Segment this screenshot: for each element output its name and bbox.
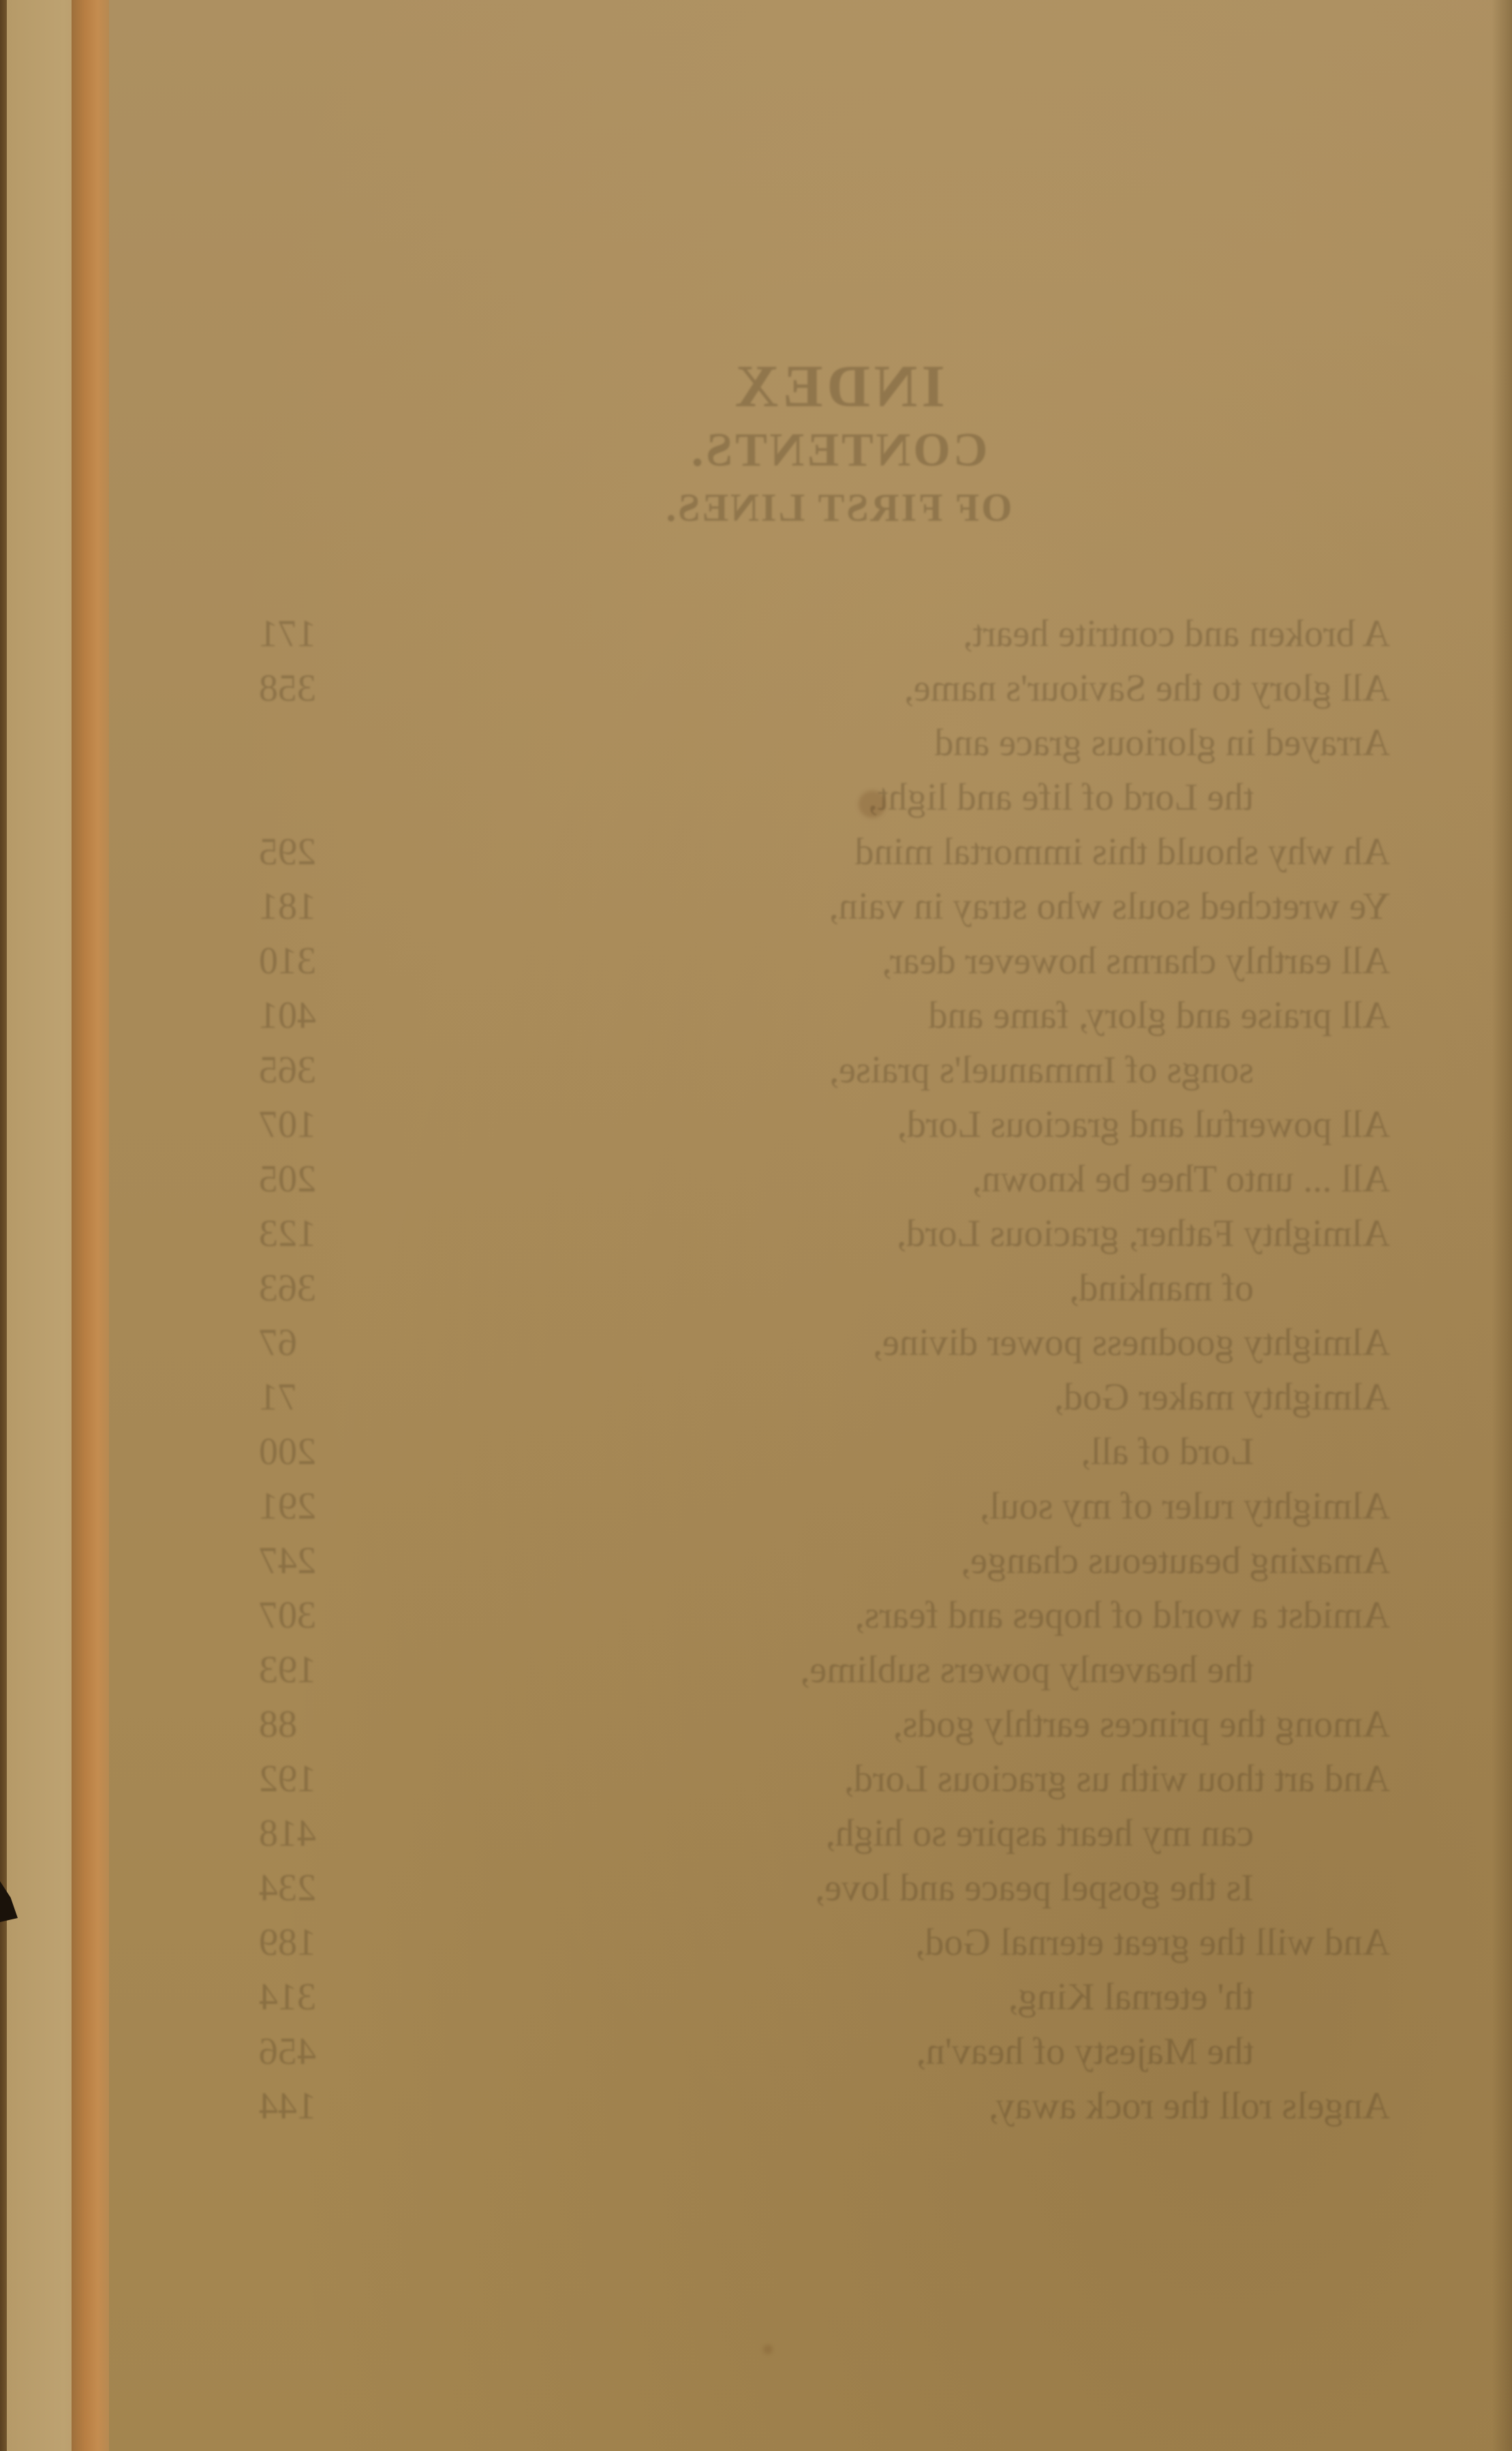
- index-entry: All powerful and gracious Lord,107: [259, 1103, 1417, 1157]
- entry-hymn-number: 144: [259, 2084, 348, 2128]
- show-through-subtitle: CONTENTS.: [259, 423, 1417, 478]
- entry-hymn-number: 358: [259, 667, 348, 710]
- entry-first-line: Amidst a world of hopes and fears,: [348, 1594, 1417, 1637]
- index-entry: the Lord of life and light,: [259, 776, 1417, 830]
- entry-first-line: All glory to the Saviour's name,: [348, 667, 1417, 710]
- entry-hymn-number: 234: [259, 1866, 348, 1910]
- entry-hymn-number: 418: [259, 1812, 348, 1855]
- entry-first-line: the heavenly powers sublime,: [348, 1648, 1417, 1692]
- index-entry: can my heart aspire so high,418: [259, 1812, 1417, 1866]
- entry-hymn-number: 307: [259, 1594, 348, 1637]
- index-entry: Amazing beauteous change,247: [259, 1539, 1417, 1594]
- index-entry: Is the gospel peace and love,234: [259, 1866, 1417, 1921]
- index-entry: the Majesty of heav'n,456: [259, 2030, 1417, 2084]
- show-through-text: INDEX CONTENTS. OF FIRST LINES. A broken…: [259, 354, 1417, 2139]
- entry-hymn-number: 181: [259, 885, 348, 928]
- entry-first-line: Amazing beauteous change,: [348, 1539, 1417, 1583]
- entry-hymn-number: 200: [259, 1430, 348, 1474]
- index-entry: Lord of all,200: [259, 1430, 1417, 1485]
- entry-first-line: All earthly charms however dear,: [348, 939, 1417, 983]
- index-entry: All earthly charms however dear,310: [259, 939, 1417, 994]
- index-entry: th' eternal King,314: [259, 1975, 1417, 2030]
- entry-hymn-number: 365: [259, 1048, 348, 1092]
- entry-hymn-number: 314: [259, 1975, 348, 2019]
- page-scan: INDEX CONTENTS. OF FIRST LINES. A broken…: [0, 0, 1512, 2451]
- entry-hymn-number: 88: [259, 1703, 348, 1746]
- entry-first-line: Is the gospel peace and love,: [348, 1866, 1417, 1910]
- entry-first-line: Among the princes earthly gods,: [348, 1703, 1417, 1746]
- entry-first-line: Almighty goodness power divine,: [348, 1321, 1417, 1365]
- entry-hymn-number: 171: [259, 612, 348, 656]
- entry-hymn-number: 123: [259, 1212, 348, 1255]
- entry-hymn-number: 363: [259, 1266, 348, 1310]
- entry-first-line: Angels roll the rock away,: [348, 2084, 1417, 2128]
- entry-first-line: Arrayed in glorious grace and: [348, 721, 1417, 765]
- index-entry: Among the princes earthly gods,88: [259, 1703, 1417, 1757]
- entry-first-line: Almighty Father, gracious Lord,: [348, 1212, 1417, 1255]
- foxing-spot: [763, 2345, 773, 2354]
- index-entry: All praise and glory, fame and401: [259, 994, 1417, 1048]
- index-entry: Arrayed in glorious grace and: [259, 721, 1417, 776]
- entry-first-line: Almighty maker God,: [348, 1375, 1417, 1419]
- show-through-title: INDEX: [259, 354, 1417, 421]
- entry-hymn-number: 247: [259, 1539, 348, 1583]
- index-entry: Angels roll the rock away,144: [259, 2084, 1417, 2139]
- book-page: INDEX CONTENTS. OF FIRST LINES. A broken…: [109, 0, 1512, 2451]
- entry-first-line: the Lord of life and light,: [348, 776, 1417, 819]
- entry-first-line: the Majesty of heav'n,: [348, 2030, 1417, 2073]
- index-entry: A broken and contrite heart,171: [259, 612, 1417, 667]
- entry-hymn-number: 401: [259, 994, 348, 1037]
- index-entry: Almighty Father, gracious Lord,123: [259, 1212, 1417, 1266]
- entry-first-line: All praise and glory, fame and: [348, 994, 1417, 1037]
- entry-first-line: of mankind,: [348, 1266, 1417, 1310]
- index-entry: Almighty goodness power divine,67: [259, 1321, 1417, 1375]
- entry-first-line: A broken and contrite heart,: [348, 612, 1417, 656]
- entry-hymn-number: 193: [259, 1648, 348, 1692]
- entry-first-line: Almighty ruler of my soul,: [348, 1485, 1417, 1528]
- entry-first-line: th' eternal King,: [348, 1975, 1417, 2019]
- page-right-edge: [1492, 0, 1512, 2451]
- index-entry: Ah why should this immortal mind295: [259, 830, 1417, 885]
- index-entry: Ye wretched souls who stray in vain,181: [259, 885, 1417, 939]
- show-through-subtitle2: OF FIRST LINES.: [259, 485, 1417, 530]
- show-through-index-list: A broken and contrite heart,171All glory…: [259, 612, 1417, 2139]
- index-entry: Almighty maker God,71: [259, 1375, 1417, 1430]
- index-entry: All glory to the Saviour's name,358: [259, 667, 1417, 721]
- index-entry: And art thou with us gracious Lord,192: [259, 1757, 1417, 1812]
- entry-first-line: can my heart aspire so high,: [348, 1812, 1417, 1855]
- entry-first-line: Ah why should this immortal mind: [348, 830, 1417, 874]
- index-entry: And will the great eternal God,189: [259, 1921, 1417, 1975]
- entry-hymn-number: 71: [259, 1375, 348, 1419]
- entry-hymn-number: 189: [259, 1921, 348, 1964]
- entry-hymn-number: 295: [259, 830, 348, 874]
- index-entry: All ... unto Thee be known,205: [259, 1157, 1417, 1212]
- entry-first-line: And art thou with us gracious Lord,: [348, 1757, 1417, 1801]
- index-entry: of mankind,363: [259, 1266, 1417, 1321]
- entry-hymn-number: 310: [259, 939, 348, 983]
- index-entry: songs of Immanuel's praise,365: [259, 1048, 1417, 1103]
- index-entry: Almighty ruler of my soul,291: [259, 1485, 1417, 1539]
- entry-hymn-number: 456: [259, 2030, 348, 2073]
- entry-hymn-number: 67: [259, 1321, 348, 1365]
- entry-first-line: songs of Immanuel's praise,: [348, 1048, 1417, 1092]
- entry-first-line: Lord of all,: [348, 1430, 1417, 1474]
- entry-first-line: All ... unto Thee be known,: [348, 1157, 1417, 1201]
- entry-hymn-number: 291: [259, 1485, 348, 1528]
- entry-first-line: Ye wretched souls who stray in vain,: [348, 885, 1417, 928]
- entry-hymn-number: 192: [259, 1757, 348, 1801]
- entry-first-line: All powerful and gracious Lord,: [348, 1103, 1417, 1146]
- index-entry: Amidst a world of hopes and fears,307: [259, 1594, 1417, 1648]
- entry-hymn-number: 107: [259, 1103, 348, 1146]
- entry-hymn-number: 205: [259, 1157, 348, 1201]
- index-entry: the heavenly powers sublime,193: [259, 1648, 1417, 1703]
- entry-first-line: And will the great eternal God,: [348, 1921, 1417, 1964]
